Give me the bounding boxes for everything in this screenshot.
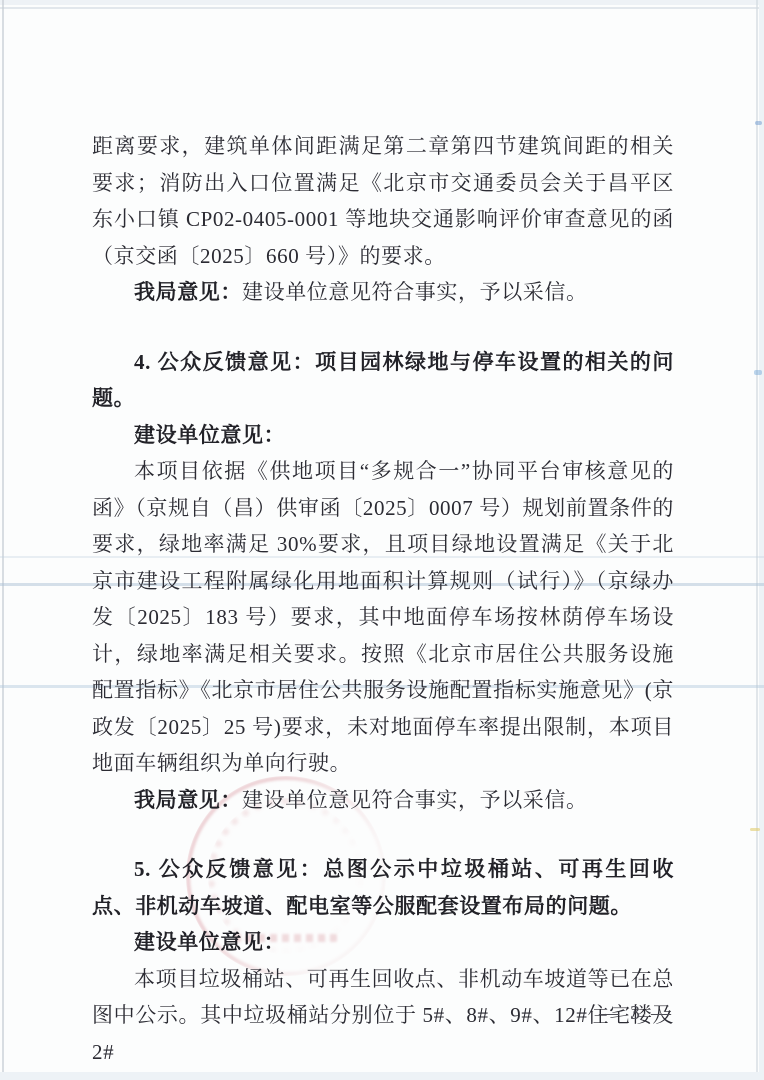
item5-body-paragraph: 本项目垃圾桶站、可再生回收点、非机动车坡道等已在总图中公示。其中垃圾桶站分别位于… (92, 961, 674, 1071)
paragraph-continued-from-previous-page: 距离要求，建筑单体间距满足第二章第四节建筑间距的相关要求；消防出入口位置满足《北… (92, 128, 674, 274)
scan-right-edge-line (756, 0, 758, 1080)
bureau-opinion-2-text: 建设单位意见符合事实，予以采信。 (242, 788, 588, 812)
bureau-opinion-2-label: 我局意见： (134, 788, 242, 812)
scan-bottom-strip (0, 1072, 764, 1080)
item4-heading: 4. 公众反馈意见：项目园林绿地与停车设置的相关的问题。 (92, 344, 674, 417)
scan-speck (754, 370, 762, 375)
page-number: — 3 — (599, 1002, 674, 1025)
document-body: 距离要求，建筑单体间距满足第二章第四节建筑间距的相关要求；消防出入口位置满足《北… (92, 128, 674, 1070)
scan-speck (755, 121, 762, 125)
item5-heading: 5. 公众反馈意见：总图公示中垃圾桶站、可再生回收点、非机动车坡道、配电室等公服… (92, 851, 674, 924)
unit-opinion-label-1: 建设单位意见： (92, 417, 674, 454)
item4-body-paragraph: 本项目依据《供地项目“多规合一”协同平台审核意见的函》（京规自（昌）供审函〔20… (92, 453, 674, 782)
scan-speck (750, 828, 760, 831)
bureau-opinion-2: 我局意见：建设单位意见符合事实，予以采信。 (92, 782, 674, 819)
bureau-opinion-1: 我局意见：建设单位意见符合事实，予以采信。 (92, 274, 674, 311)
scan-left-edge-line (2, 0, 4, 1080)
unit-opinion-label-2: 建设单位意见： (92, 924, 674, 961)
scan-right-strip (759, 0, 764, 1080)
scan-top-edge-line (0, 7, 764, 9)
bureau-opinion-1-label: 我局意见： (134, 280, 242, 304)
bureau-opinion-1-text: 建设单位意见符合事实，予以采信。 (242, 280, 588, 304)
scan-top-band (0, 0, 764, 5)
